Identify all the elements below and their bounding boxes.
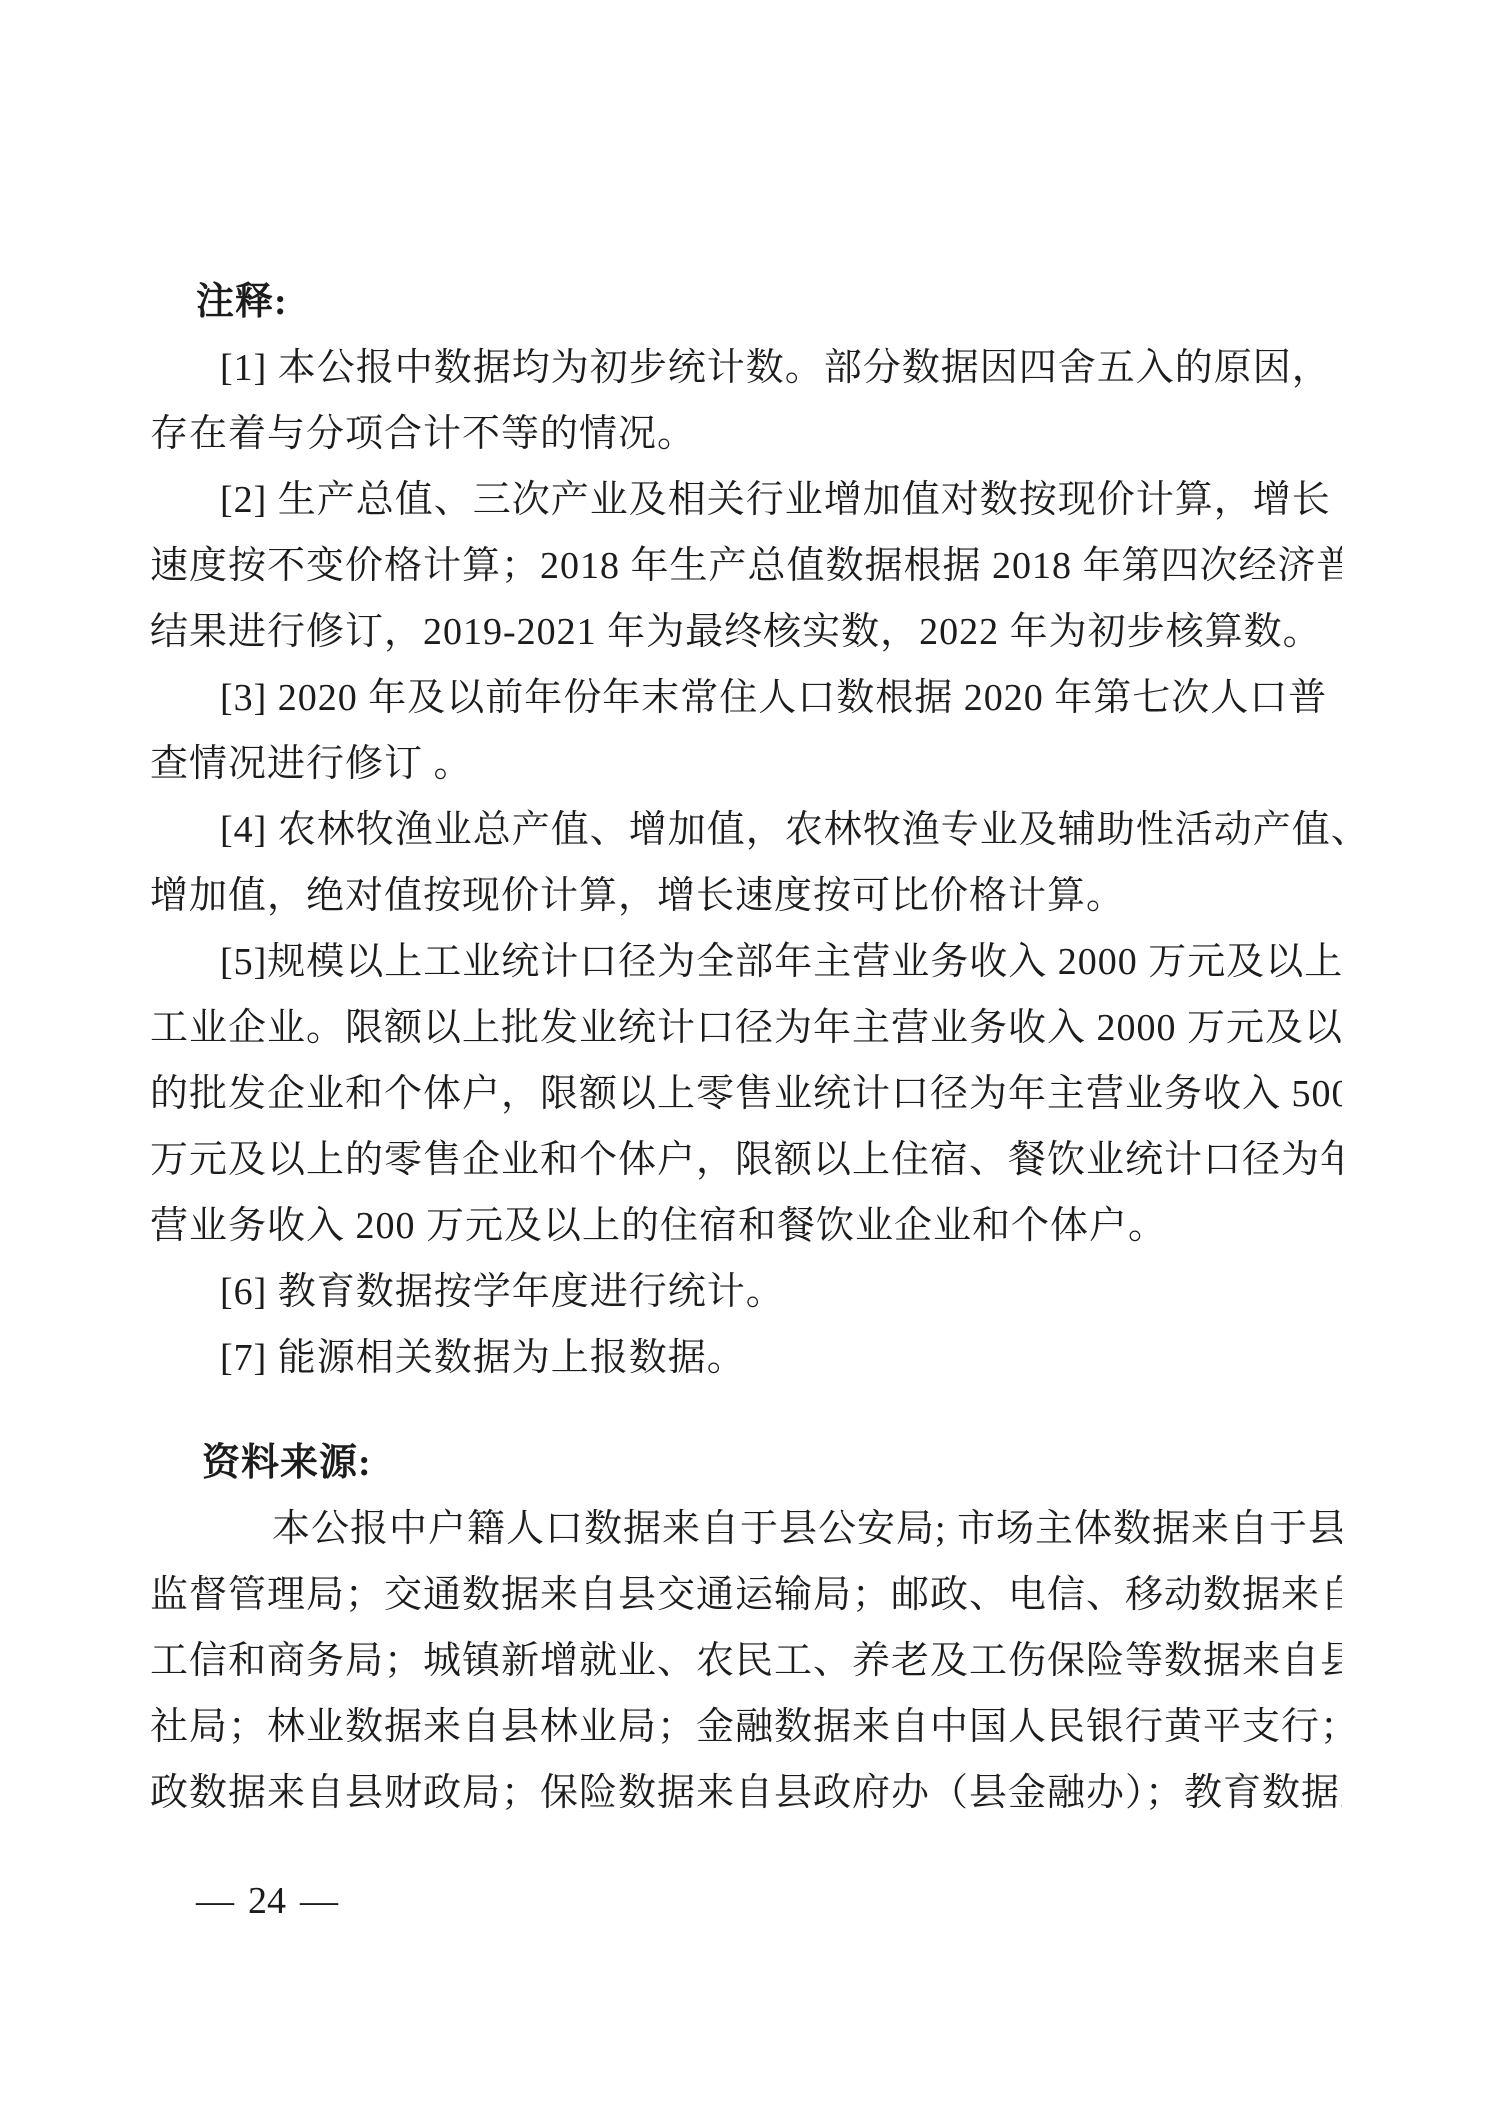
footer-right-dash: — [300,1880,338,1922]
page-footer: —24— [196,1868,338,1934]
note-5-line-3: 的批发企业和个体户，限额以上零售业统计口径为年主营业务收入 500 [150,1061,1342,1127]
document-page: 注释: [1] 本公报中数据均为初步统计数。部分数据因四舍五入的原因， 存在着与… [0,0,1486,2103]
note-5-line-5: 营业务收入 200 万元及以上的住宿和餐饮业企业和个体户。 [150,1193,1342,1259]
note-1-line-2: 存在着与分项合计不等的情况。 [150,401,1342,467]
sources-heading: 资料来源: [202,1430,1342,1496]
note-7-line-1: [7] 能源相关数据为上报数据。 [150,1325,1342,1391]
page-number: 24 [248,1880,286,1922]
note-5-line-4: 万元及以上的零售企业和个体户，限额以上住宿、餐饮业统计口径为年主 [150,1127,1342,1193]
note-4-line-2: 增加值，绝对值按现价计算，增长速度按可比价格计算。 [150,863,1342,929]
sources-line-1: 本公报中户籍人口数据来自于县公安局; 市场主体数据来自于县市场 [150,1496,1342,1562]
page-content: 注释: [1] 本公报中数据均为初步统计数。部分数据因四舍五入的原因， 存在着与… [150,269,1342,1826]
note-5-line-1: [5]规模以上工业统计口径为全部年主营业务收入 2000 万元及以上 [150,929,1342,995]
note-3-line-2: 查情况进行修订 。 [150,731,1342,797]
note-6-line-1: [6] 教育数据按学年度进行统计。 [150,1259,1342,1325]
note-2-line-1: [2] 生产总值、三次产业及相关行业增加值对数按现价计算，增长 [150,467,1342,533]
footer-left-dash: — [196,1880,234,1922]
note-1-line-1: [1] 本公报中数据均为初步统计数。部分数据因四舍五入的原因， [150,335,1342,401]
note-2-line-2: 速度按不变价格计算；2018 年生产总值数据根据 2018 年第四次经济普查 [150,533,1342,599]
sources-line-5: 政数据来自县财政局；保险数据来自县政府办（县金融办）；教育数据来 [150,1760,1342,1826]
notes-heading: 注释: [196,269,1342,335]
note-5-line-2: 工业企业。限额以上批发业统计口径为年主营业务收入 2000 万元及以上 [150,995,1342,1061]
note-4-line-1: [4] 农林牧渔业总产值、增加值，农林牧渔专业及辅助性活动产值、 [150,797,1342,863]
sources-line-2: 监督管理局；交通数据来自县交通运输局；邮政、电信、移动数据来自县 [150,1562,1342,1628]
note-2-line-3: 结果进行修订，2019-2021 年为最终核实数，2022 年为初步核算数。 [150,599,1342,665]
note-3-line-1: [3] 2020 年及以前年份年末常住人口数根据 2020 年第七次人口普 [150,665,1342,731]
sources-line-3: 工信和商务局；城镇新增就业、农民工、养老及工伤保险等数据来自县人 [150,1628,1342,1694]
sources-line-4: 社局；林业数据来自县林业局；金融数据来自中国人民银行黄平支行；财 [150,1694,1342,1760]
